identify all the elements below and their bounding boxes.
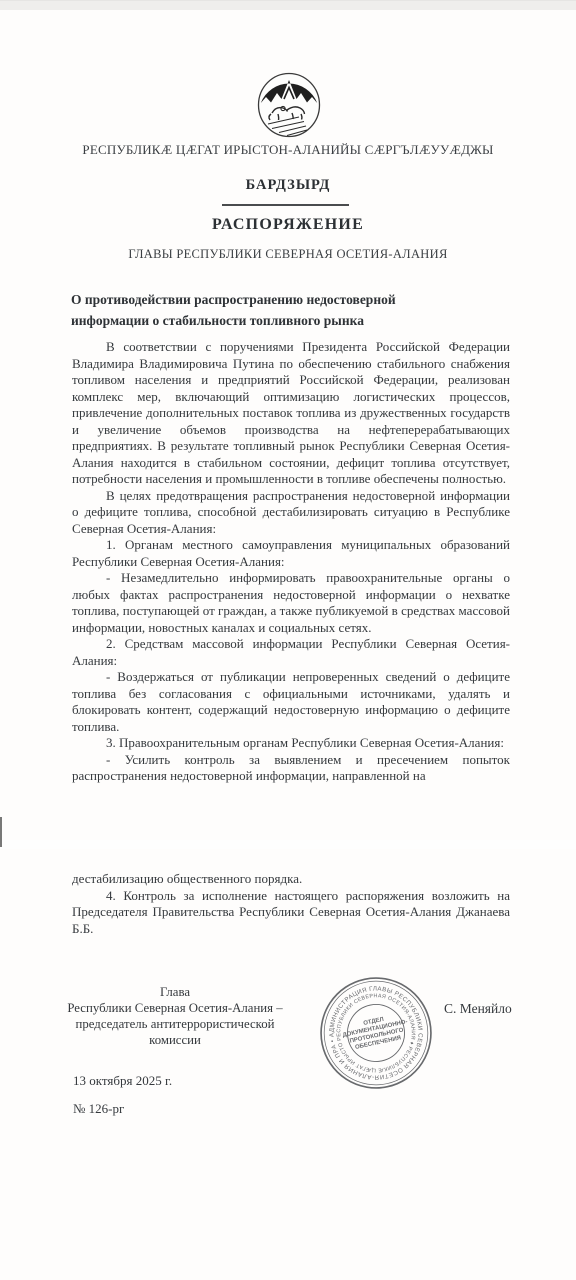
doc-type-russian: РАСПОРЯЖЕНИЕ: [0, 216, 576, 234]
paragraph-continuation: дестабилизацию общественного порядка.: [72, 871, 510, 888]
body-text-page1: В соответствии с поручениями Президента …: [72, 339, 510, 785]
doc-type-ossetian: БАРДЗЫРД: [0, 177, 576, 194]
page-break-gap: [0, 0, 576, 10]
subject-line-1: О противодействии распространению недост…: [71, 290, 517, 311]
paragraph-purpose: В целях предотвращения распространения н…: [72, 488, 510, 538]
org-line-ossetian: РЕСПУБЛИКÆ ЦÆГАТ ИРЫСТОН-АЛАНИЙЫ СÆРГЪЛÆ…: [0, 142, 576, 158]
document-number: № 126-рг: [73, 1101, 124, 1117]
signature-line-3: председатель антитеррористической: [63, 1016, 287, 1032]
signer-name: С. Меняйло: [444, 1001, 512, 1017]
signature-line-1: Глава: [63, 984, 287, 1000]
scanned-document: РЕСПУБЛИКÆ ЦÆГАТ ИРЫСТОН-АЛАНИЙЫ СÆРГЪЛÆ…: [0, 0, 576, 1280]
subject-line-2: информации о стабильности топливного рын…: [71, 311, 517, 332]
paragraph-item-3-sub: - Усилить контроль за выявлением и пресе…: [72, 752, 510, 785]
paragraph-item-2: 2. Средствам массовой информации Республ…: [72, 636, 510, 669]
signature-line-2: Республики Северная Осетия-Алания –: [63, 1000, 287, 1016]
signature-line-4: комиссии: [63, 1032, 287, 1048]
official-stamp: • АДМИНИСТРАЦИЯ ГЛАВЫ РЕСПУБЛИКИ СЕВЕРНА…: [307, 965, 444, 1101]
signature-position-block: Глава Республики Северная Осетия-Алания …: [63, 984, 287, 1048]
subject-title: О противодействии распространению недост…: [71, 290, 517, 331]
issuer-line: ГЛАВЫ РЕСПУБЛИКИ СЕВЕРНАЯ ОСЕТИЯ-АЛАНИЯ: [0, 247, 576, 262]
paragraph-item-3: 3. Правоохранительным органам Республики…: [72, 735, 510, 752]
paragraph-item-1-sub: - Незамедлительно информировать правоохр…: [72, 570, 510, 636]
header-divider: [222, 204, 349, 206]
paragraph-item-2-sub: - Воздержаться от публикации непроверенн…: [72, 669, 510, 735]
scan-artifact-line: [0, 817, 2, 847]
document-date: 13 октября 2025 г.: [73, 1073, 172, 1089]
paragraph-item-4: 4. Контроль за исполнение настоящего рас…: [72, 888, 510, 938]
paragraph-item-1: 1. Органам местного самоуправления муниц…: [72, 537, 510, 570]
body-text-page2: дестабилизацию общественного порядка. 4.…: [72, 871, 510, 937]
coat-of-arms-emblem: [257, 72, 321, 138]
paragraph-intro: В соответствии с поручениями Президента …: [72, 339, 510, 488]
